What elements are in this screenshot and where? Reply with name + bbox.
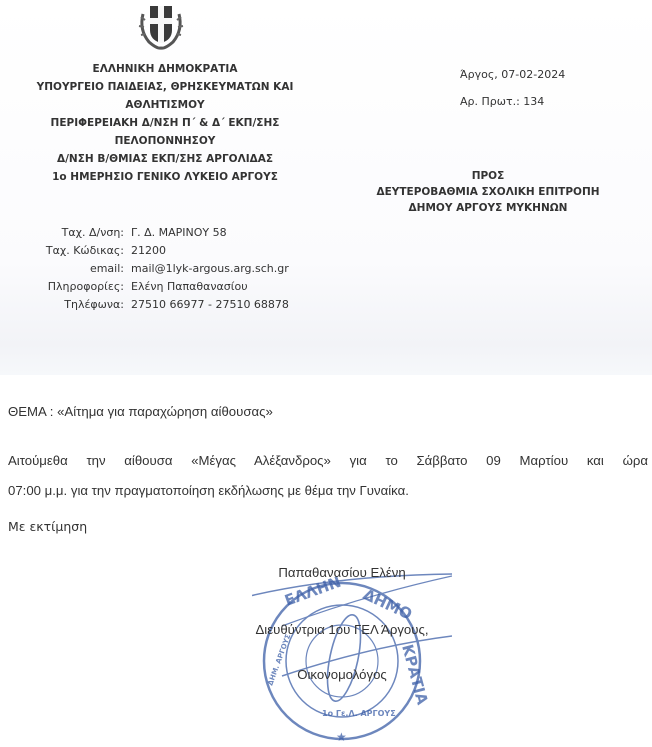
- greek-coat-of-arms-icon: [135, 0, 187, 52]
- contact-row-phone: Τηλέφωνα: 27510 66977 - 27510 68878: [10, 296, 289, 314]
- contact-label: Τηλέφωνα:: [10, 296, 131, 314]
- recipient-block: ΠΡΟΣ ΔΕΥΤΕΡΟΒΑΘΜΙΑ ΣΧΟΛΙΚΗ ΕΠΙΤΡΟΠΗ ΔΗΜΟ…: [340, 168, 636, 216]
- contact-label: Ταχ. Κώδικας:: [10, 242, 131, 260]
- contact-row-email: email: mail@1lyk-argous.arg.sch.gr: [10, 260, 289, 278]
- contact-row-address: Ταχ. Δ/νση: Γ. Δ. ΜΑΡΙΝΟΥ 58: [10, 224, 289, 242]
- subject-line: ΘΕΜΑ : «Αίτημα για παραχώρηση αίθουσας»: [8, 404, 273, 419]
- signatory-specialty: Οικονομολόγος: [142, 667, 542, 682]
- body-line: Αιτούμεθα την αίθουσα «Μέγας Αλέξανδρος»…: [8, 446, 648, 476]
- document-date: Άργος, 07-02-2024: [460, 68, 565, 81]
- contact-value: 21200: [131, 242, 166, 260]
- body-paragraph: Αιτούμεθα την αίθουσα «Μέγας Αλέξανδρος»…: [8, 446, 648, 506]
- issuer-header: ΕΛΛΗΝΙΚΗ ΔΗΜΟΚΡΑΤΙΑ ΥΠΟΥΡΓΕΙΟ ΠΑΙΔΕΙΑΣ, …: [20, 60, 310, 186]
- contact-block: Ταχ. Δ/νση: Γ. Δ. ΜΑΡΙΝΟΥ 58 Ταχ. Κώδικα…: [10, 224, 289, 314]
- official-school-stamp-icon: ΕΛΛΗΝ ΔΗΜΟ ΚΡΑΤΙΑ ΔΗΜ. ΑΡΓΟΥΣ 1ο Γε.Λ. Α…: [252, 566, 452, 746]
- header-line: ΠΕΡΙΦΕΡΕΙΑΚΗ Δ/ΝΣΗ Π΄ & Δ΄ ΕΚΠ/ΣΗΣ: [20, 114, 310, 132]
- contact-value: mail@1lyk-argous.arg.sch.gr: [131, 260, 289, 278]
- recipient-line: ΔΕΥΤΕΡΟΒΑΘΜΙΑ ΣΧΟΛΙΚΗ ΕΠΙΤΡΟΠΗ: [340, 184, 636, 200]
- signatory-name: Παπαθανασίου Ελένη: [142, 565, 542, 580]
- recipient-line: ΔΗΜΟΥ ΑΡΓΟΥΣ ΜΥΚΗΝΩΝ: [340, 200, 636, 216]
- contact-label: email:: [10, 260, 131, 278]
- svg-text:ΔΗΜΟ: ΔΗΜΟ: [360, 585, 415, 623]
- contact-row-postcode: Ταχ. Κώδικας: 21200: [10, 242, 289, 260]
- header-line: ΑΘΛΗΤΙΣΜΟΥ: [20, 96, 310, 114]
- header-line: Δ/ΝΣΗ Β/ΘΜΙΑΣ ΕΚΠ/ΣΗΣ ΑΡΓΟΛΙΔΑΣ: [20, 150, 310, 168]
- contact-row-info: Πληροφορίες: Ελένη Παπαθανασίου: [10, 278, 289, 296]
- header-line: ΥΠΟΥΡΓΕΙΟ ΠΑΙΔΕΙΑΣ, ΘΡΗΣΚΕΥΜΑΤΩΝ ΚΑΙ: [20, 78, 310, 96]
- closing-salutation: Με εκτίμηση: [8, 519, 87, 534]
- header-line: 1ο ΗΜΕΡΗΣΙΟ ΓΕΝΙΚΟ ΛΥΚΕΙΟ ΑΡΓΟΥΣ: [20, 168, 310, 186]
- protocol-number: Αρ. Πρωτ.: 134: [460, 95, 544, 108]
- recipient-line: ΠΡΟΣ: [340, 168, 636, 184]
- svg-text:★: ★: [336, 730, 347, 744]
- header-line: ΠΕΛΟΠΟΝΝΗΣΟΥ: [20, 132, 310, 150]
- contact-value: Ελένη Παπαθανασίου: [131, 278, 248, 296]
- contact-label: Πληροφορίες:: [10, 278, 131, 296]
- contact-value: Γ. Δ. ΜΑΡΙΝΟΥ 58: [131, 224, 227, 242]
- contact-label: Ταχ. Δ/νση:: [10, 224, 131, 242]
- signatory-title: Διευθύντρια 1ου ΓΕΛ Άργους,: [142, 622, 542, 637]
- header-line: ΕΛΛΗΝΙΚΗ ΔΗΜΟΚΡΑΤΙΑ: [20, 60, 310, 78]
- svg-text:1ο Γε.Λ. ΑΡΓΟΥΣ: 1ο Γε.Λ. ΑΡΓΟΥΣ: [322, 709, 396, 718]
- body-line: 07:00 μ.μ. για την πραγματοποίηση εκδήλω…: [8, 483, 409, 498]
- contact-value: 27510 66977 - 27510 68878: [131, 296, 289, 314]
